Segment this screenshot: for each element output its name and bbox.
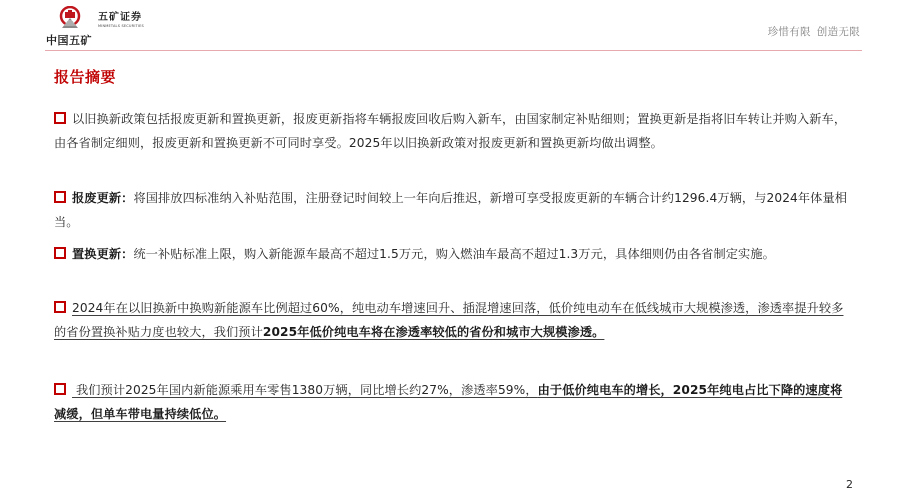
square-bullet-icon: [54, 191, 66, 203]
summary-paragraph-scrappage-update: 报废更新：将国排放四标准纳入补贴范围，注册登记时间较上一年向后推迟，新增可享受报…: [54, 186, 854, 234]
paragraph-label: 报废更新：: [72, 191, 133, 205]
paragraph-emphasis: 2025年低价纯电车将在渗透率较低的省份和城市大规模渗透。: [263, 325, 605, 339]
page-number: 2: [846, 478, 853, 491]
paragraph-text: 以旧换新政策包括报废更新和置换更新，报废更新指将车辆报废回收后购入新车，由国家制…: [54, 112, 846, 150]
square-bullet-icon: [54, 112, 66, 124]
minmetals-securities-logo: 五矿证券 MINMETALS SECURITIES: [98, 12, 144, 29]
square-bullet-icon: [54, 247, 66, 259]
paragraph-label: 置换更新：: [72, 247, 133, 261]
securities-name-cn: 五矿证券: [98, 12, 144, 24]
section-title: 报告摘要: [54, 66, 116, 87]
summary-paragraph-policy-overview: 以旧换新政策包括报废更新和置换更新，报废更新指将车辆报废回收后购入新车，由国家制…: [54, 107, 854, 155]
paragraph-text: 统一补贴标准上限，购入新能源车最高不超过1.5万元，购入燃油车最高不超过1.3万…: [133, 247, 774, 261]
paragraph-text: 将国排放四标准纳入补贴范围，注册登记时间较上一年向后推迟，新增可享受报废更新的车…: [54, 191, 847, 229]
china-minmetals-logo: 中国五矿: [46, 4, 96, 46]
china-minmetals-name: 中国五矿: [46, 32, 92, 48]
securities-name-en: MINMETALS SECURITIES: [98, 24, 144, 29]
summary-paragraph-replacement-update: 置换更新：统一补贴标准上限，购入新能源车最高不超过1.5万元，购入燃油车最高不超…: [54, 242, 854, 266]
slogan: 珍惜有限创造无限: [768, 24, 860, 39]
minmetals-emblem-icon: [58, 6, 82, 30]
summary-paragraph-2025-forecast: 我们预计2025年国内新能源乘用车零售1380万辆，同比增长约27%，渗透率59…: [54, 378, 854, 426]
square-bullet-icon: [54, 383, 66, 395]
slogan-part-2: 创造无限: [817, 26, 860, 38]
header-divider: [45, 50, 862, 51]
square-bullet-icon: [54, 301, 66, 313]
paragraph-text: 我们预计2025年国内新能源乘用车零售1380万辆，同比增长约27%，渗透率59…: [72, 383, 538, 397]
slogan-part-1: 珍惜有限: [768, 26, 811, 38]
header: 中国五矿 五矿证券 MINMETALS SECURITIES 珍惜有限创造无限: [0, 0, 900, 52]
summary-paragraph-nev-penetration: 2024年在以旧换新中换购新能源车比例超过60%，纯电动车增速回升、插混增速回落…: [54, 296, 854, 344]
